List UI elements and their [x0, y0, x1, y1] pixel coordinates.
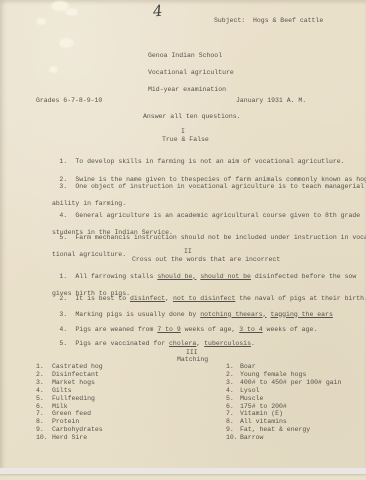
paper-damage-spot	[52, 2, 68, 10]
list-item: 8.Protein	[36, 418, 103, 426]
item-number: 1.	[36, 363, 52, 371]
item-number: 6.	[36, 403, 52, 411]
item-text: 175# to 200#	[240, 403, 287, 410]
list-item: 10.Herd Sire	[36, 434, 103, 442]
list-item: 2.Young female hogs	[226, 371, 341, 379]
question-number: 5.	[59, 340, 75, 349]
question-text: It is best to	[75, 295, 130, 302]
crossout-choice: cholera	[169, 340, 196, 347]
question-text: ,	[165, 295, 173, 302]
question-text: disinfected before the sow	[251, 273, 356, 280]
scan-bottom-edge	[0, 468, 366, 474]
item-number: 1.	[226, 363, 240, 371]
item-text: Castrated hog	[52, 363, 103, 370]
item-number: 3.	[36, 379, 52, 387]
item-text: Gilts	[52, 387, 72, 394]
instructions-line: Answer all ten questions.	[143, 113, 241, 122]
subject-line: Subject: Hogs & Beef cattle	[214, 17, 323, 26]
item-text: Vitamin (E)	[240, 410, 283, 417]
list-item: 4.Lysol	[226, 387, 341, 395]
item-number: 8.	[226, 418, 240, 426]
item-text: Boar	[240, 363, 256, 370]
list-item: 6.Milk	[36, 403, 103, 411]
list-item: 9.Carbohydrates	[36, 426, 103, 434]
item-number: 2.	[226, 371, 240, 379]
item-number: 5.	[226, 395, 240, 403]
item-number: 3.	[226, 379, 240, 387]
handwritten-page-number: 4	[153, 7, 163, 16]
document-page: 4 Subject: Hogs & Beef cattle Genoa Indi…	[0, 0, 366, 474]
exam-title: Mid-year examination	[148, 86, 226, 95]
item-text: Fat, heat & energy	[240, 426, 310, 433]
item-text: All vitamins	[240, 418, 287, 425]
section-1-title: True & False	[162, 136, 209, 145]
date-line: January 1931 A. M.	[236, 97, 306, 106]
item-text: Lysol	[240, 387, 260, 394]
list-item: 2.Disinfectant	[36, 371, 103, 379]
question-text: Pigs are vaccinated for	[75, 340, 169, 347]
scan-background: 4 Subject: Hogs & Beef cattle Genoa Indi…	[0, 0, 366, 480]
paper-damage-spot	[66, 9, 77, 15]
list-item: 1.Castrated hog	[36, 363, 103, 371]
item-number: 7.	[226, 410, 240, 418]
item-text: Young female hogs	[240, 371, 306, 378]
list-item: 4.Gilts	[36, 387, 103, 395]
item-number: 7.	[36, 410, 52, 418]
item-text: Barrow	[240, 434, 263, 441]
matching-left-column: 1.Castrated hog 2.Disinfectant 3.Market …	[36, 363, 103, 442]
item-number: 8.	[36, 418, 52, 426]
item-text: Carbohydrates	[52, 426, 103, 433]
question-text: weeks of age.	[263, 326, 318, 333]
list-item: 8.All vitamins	[226, 418, 341, 426]
item-text: Milk	[52, 403, 68, 410]
list-item: 5.Muscle	[226, 395, 341, 403]
question-text: ,	[196, 340, 204, 347]
crossout-choice: disinfect	[130, 295, 165, 302]
list-item: 7.Vitamin (E)	[226, 410, 341, 418]
item-text: 400# to 450# per 100# gain	[240, 379, 341, 386]
crossout-choice: should not be	[200, 273, 251, 280]
section-3-title: Matching	[177, 356, 208, 365]
item-text: Green feed	[52, 410, 91, 417]
paper-damage-spot	[60, 39, 73, 47]
question-number: 4.	[59, 212, 75, 221]
question-text: Farm mechancis instruction should not be…	[75, 234, 366, 241]
item-number: 6.	[226, 403, 240, 411]
course-name: Vocational agriculture	[148, 69, 234, 78]
crossout-choice: should be,	[157, 273, 196, 280]
question-number: 1.	[59, 273, 75, 282]
question-text: General agriculture is an academic agric…	[75, 212, 360, 219]
crossout-choice: not to disinfect	[173, 295, 235, 302]
item-number: 10.	[226, 434, 240, 442]
question-text: To develop skills in farming is not an a…	[75, 158, 344, 165]
crossout-choice: tuberculosis	[204, 340, 251, 347]
item-number: 4.	[36, 387, 52, 395]
paper-damage-spot	[37, 19, 45, 24]
item-number: 9.	[36, 426, 52, 434]
matching-right-column: 1.Boar 2.Young female hogs 3.400# to 450…	[226, 363, 341, 442]
item-text: Herd Sire	[52, 434, 87, 441]
question-number: 1.	[59, 158, 75, 167]
item-text: Muscle	[240, 395, 263, 402]
grades-line: Grades 6-7-8-9-10	[36, 97, 102, 106]
item-text: Fullfeeding	[52, 395, 95, 402]
question-text: .	[251, 340, 255, 347]
paper-damage-spot	[50, 67, 57, 72]
list-item: 7.Green feed	[36, 410, 103, 418]
question-text: the naval of pigs at their birth.	[235, 295, 366, 302]
item-number: 2.	[36, 371, 52, 379]
list-item: 3.400# to 450# per 100# gain	[226, 379, 341, 387]
school-name: Genoa Indian School	[148, 52, 222, 61]
question-text: All farrowing stalls	[75, 273, 157, 280]
item-number: 5.	[36, 395, 52, 403]
item-text: Protein	[52, 418, 79, 425]
list-item: 5.Fullfeeding	[36, 395, 103, 403]
co-question-5: 5.Pigs are vaccinated for cholera, tuber…	[36, 331, 255, 357]
item-text: Market hogs	[52, 379, 95, 386]
question-number: 5.	[59, 234, 75, 243]
item-text: Disinfectant	[52, 371, 99, 378]
list-item: 9.Fat, heat & energy	[226, 426, 341, 434]
item-number: 4.	[226, 387, 240, 395]
item-number: 10.	[36, 434, 52, 442]
list-item: 1.Boar	[226, 363, 341, 371]
question-text: One object of instruction in vocational …	[75, 183, 364, 190]
question-number: 3.	[59, 183, 75, 192]
list-item: 10.Barrow	[226, 434, 341, 442]
item-number: 9.	[226, 426, 240, 434]
list-item: 6.175# to 200#	[226, 403, 341, 411]
list-item: 3.Market hogs	[36, 379, 103, 387]
